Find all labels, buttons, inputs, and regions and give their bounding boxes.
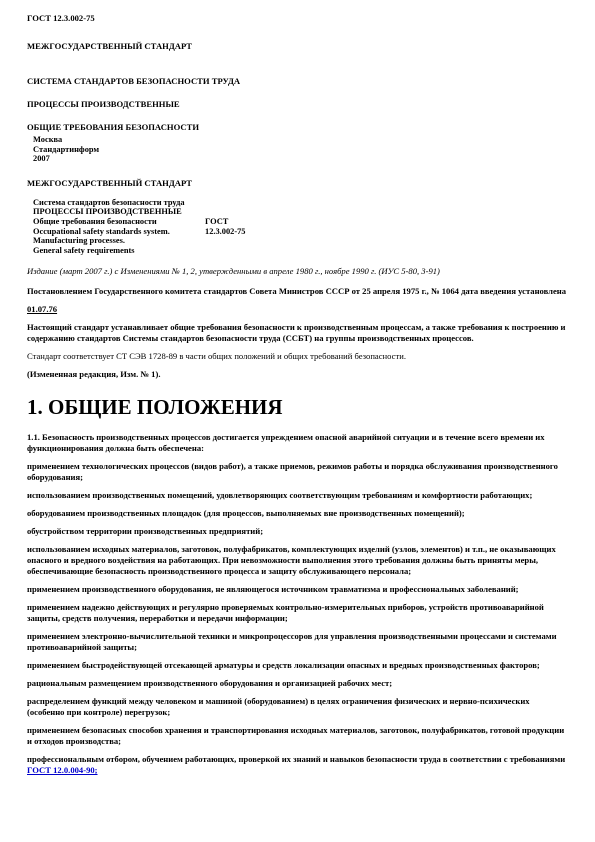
section1-paragraph-3: использованием производственных помещени…	[27, 490, 568, 501]
standard-title-block: Система стандартов безопасности труда ПР…	[33, 198, 568, 256]
title-block-ru-3: Общие требования безопасности	[33, 217, 568, 227]
scope-paragraph: Настоящий стандарт устанавливает общие т…	[27, 322, 568, 344]
edition-note: Издание (март 2007 г.) с Изменениями № 1…	[27, 266, 568, 277]
section1-paragraph-1: 1.1. Безопасность производственных проце…	[27, 432, 568, 454]
section1-paragraph-9: применением электронно-вычислительной те…	[27, 631, 568, 653]
section1-paragraph-10: применением быстродействующей отсекающей…	[27, 660, 568, 671]
title-line-1: СИСТЕМА СТАНДАРТОВ БЕЗОПАСНОСТИ ТРУДА	[27, 76, 568, 87]
section1-paragraph-2: применением технологических процессов (в…	[27, 461, 568, 483]
section-1-heading: 1. ОБЩИЕ ПОЛОЖЕНИЯ	[27, 395, 568, 419]
section1-paragraph-12: распределением функций между человеком и…	[27, 696, 568, 718]
imprint-block: Москва Стандартинформ 2007	[33, 135, 568, 164]
imprint-publisher: Стандартинформ	[33, 145, 568, 155]
section1-final-paragraph: профессиональным отбором, обучением рабо…	[27, 754, 568, 776]
doc-code-column: ГОСТ 12.3.002-75	[205, 217, 245, 236]
effective-date: 01.07.76	[27, 304, 568, 315]
final-paragraph-text: профессиональным отбором, обучением рабо…	[27, 754, 565, 764]
imprint-year: 2007	[33, 154, 568, 164]
section1-paragraph-11: рациональным размещением производственно…	[27, 678, 568, 689]
title-block-ru-2: ПРОЦЕССЫ ПРОИЗВОДСТВЕННЫЕ	[33, 207, 568, 217]
standard-type-mid: МЕЖГОСУДАРСТВЕННЫЙ СТАНДАРТ	[27, 178, 568, 189]
title-line-2: ПРОЦЕССЫ ПРОИЗВОДСТВЕННЫЕ	[27, 99, 568, 110]
doc-code-label: ГОСТ	[205, 217, 245, 227]
section1-paragraph-6: использованием исходных материалов, заго…	[27, 544, 568, 577]
gost-12-0-004-link[interactable]: ГОСТ 12.0.004-90;	[27, 765, 98, 775]
imprint-city: Москва	[33, 135, 568, 145]
section1-paragraph-8: применением надежно действующих и регуля…	[27, 602, 568, 624]
title-block-en-2: Manufacturing processes.	[33, 236, 568, 246]
section1-paragraph-4: оборудованием производственных площадок …	[27, 508, 568, 519]
document-page: ГОСТ 12.3.002-75 МЕЖГОСУДАРСТВЕННЫЙ СТАН…	[0, 0, 595, 842]
title-block-en-1: Occupational safety standards system.	[33, 227, 568, 237]
conformity-paragraph: Стандарт соответствует СТ СЭВ 1728-89 в …	[27, 351, 568, 362]
decree-text: Постановлением Государственного комитета…	[27, 286, 568, 297]
doc-code-number: 12.3.002-75	[205, 227, 245, 237]
section1-paragraph-5: обустройством территории производственны…	[27, 526, 568, 537]
title-line-3: ОБЩИЕ ТРЕБОВАНИЯ БЕЗОПАСНОСТИ	[27, 122, 568, 133]
amendment-note: (Измененная редакция, Изм. № 1).	[27, 369, 568, 380]
title-block-en-3: General safety requirements	[33, 246, 568, 256]
section1-paragraph-13: применением безопасных способов хранения…	[27, 725, 568, 747]
doc-code: ГОСТ 12.3.002-75	[27, 13, 568, 24]
title-block-ru-1: Система стандартов безопасности труда	[33, 198, 568, 208]
standard-type-top: МЕЖГОСУДАРСТВЕННЫЙ СТАНДАРТ	[27, 41, 568, 52]
section1-paragraph-7: применением производственного оборудован…	[27, 584, 568, 595]
